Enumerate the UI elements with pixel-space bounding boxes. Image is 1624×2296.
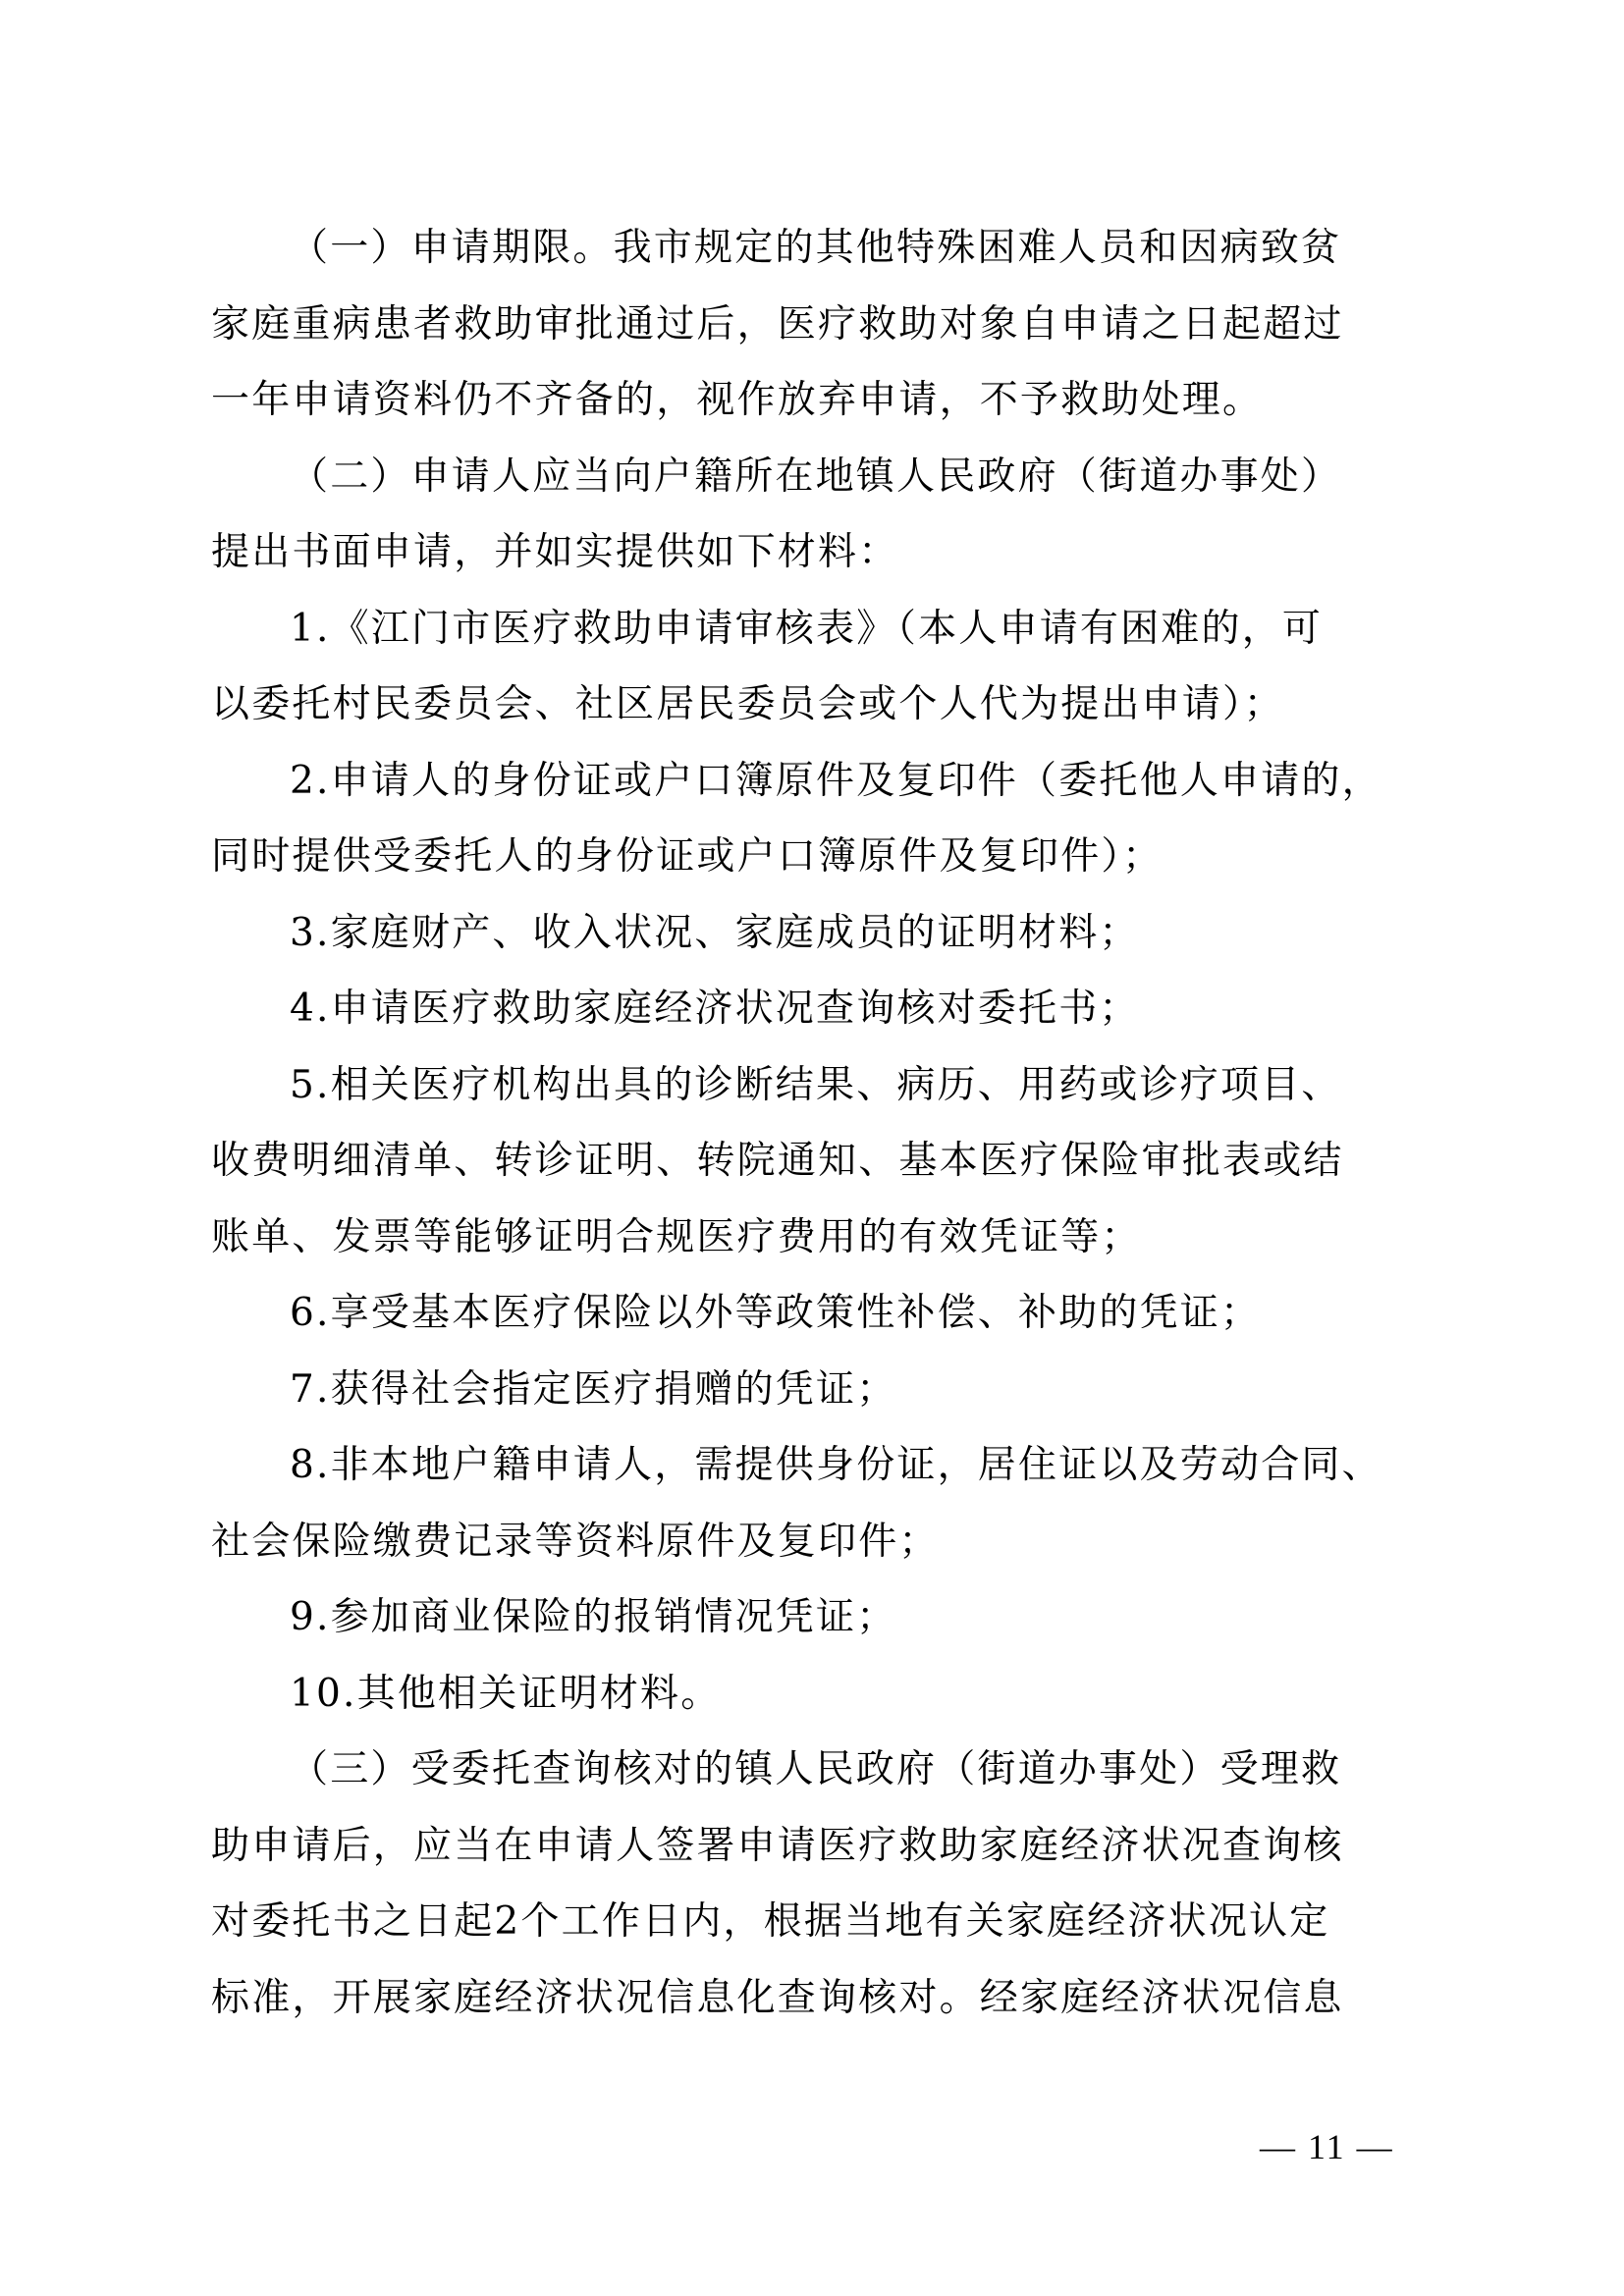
list-item-1-line-1: 1.《江门市医疗救助申请审核表》（本人申请有困难的，可 [211,591,1421,667]
list-item-2-line-1: 2.申请人的身份证或户口簿原件及复印件（委托他人申请的， [211,743,1421,820]
list-item-3: 3.家庭财产、收入状况、家庭成员的证明材料； [211,895,1421,972]
list-item-10: 10.其他相关证明材料。 [211,1656,1421,1733]
paragraph-2-line-2: 提出书面申请，并如实提供如下材料： [211,514,1421,591]
page-number: — 11 — [1260,2125,1394,2168]
document-body: （一）申请期限。我市规定的其他特殊困难人员和因病致贫 家庭重病患者救助审批通过后… [211,210,1421,2036]
paragraph-3-line-2: 助申请后，应当在申请人签署申请医疗救助家庭经济状况查询核 [211,1808,1421,1885]
paragraph-2-line-1: （二）申请人应当向户籍所在地镇人民政府（街道办事处） [211,439,1421,515]
list-item-5-line-2: 收费明细清单、转诊证明、转院通知、基本医疗保险审批表或结 [211,1123,1421,1200]
list-item-2-line-2: 同时提供受委托人的身份证或户口簿原件及复印件）； [211,819,1421,895]
list-item-5-line-3: 账单、发票等能够证明合规医疗费用的有效凭证等； [211,1200,1421,1276]
list-item-8-line-2: 社会保险缴费记录等资料原件及复印件； [211,1504,1421,1580]
paragraph-1-line-1: （一）申请期限。我市规定的其他特殊困难人员和因病致贫 [211,210,1421,287]
paragraph-3-line-1: （三）受委托查询核对的镇人民政府（街道办事处）受理救 [211,1732,1421,1808]
paragraph-3-line-4: 标准，开展家庭经济状况信息化查询核对。经家庭经济状况信息 [211,1960,1421,2037]
list-item-5-line-1: 5.相关医疗机构出具的诊断结果、病历、用药或诊疗项目、 [211,1047,1421,1124]
list-item-7: 7.获得社会指定医疗捐赠的凭证； [211,1352,1421,1428]
list-item-8-line-1: 8.非本地户籍申请人，需提供身份证，居住证以及劳动合同、 [211,1427,1421,1504]
paragraph-1-line-2: 家庭重病患者救助审批通过后，医疗救助对象自申请之日起超过 [211,287,1421,363]
list-item-1-line-2: 以委托村民委员会、社区居民委员会或个人代为提出申请）； [211,667,1421,743]
paragraph-1-line-3: 一年申请资料仍不齐备的，视作放弃申请，不予救助处理。 [211,362,1421,439]
list-item-4: 4.申请医疗救助家庭经济状况查询核对委托书； [211,971,1421,1047]
paragraph-3-line-3: 对委托书之日起2个工作日内，根据当地有关家庭经济状况认定 [211,1884,1421,1960]
list-item-9: 9.参加商业保险的报销情况凭证； [211,1579,1421,1656]
list-item-6: 6.享受基本医疗保险以外等政策性补偿、补助的凭证； [211,1275,1421,1352]
